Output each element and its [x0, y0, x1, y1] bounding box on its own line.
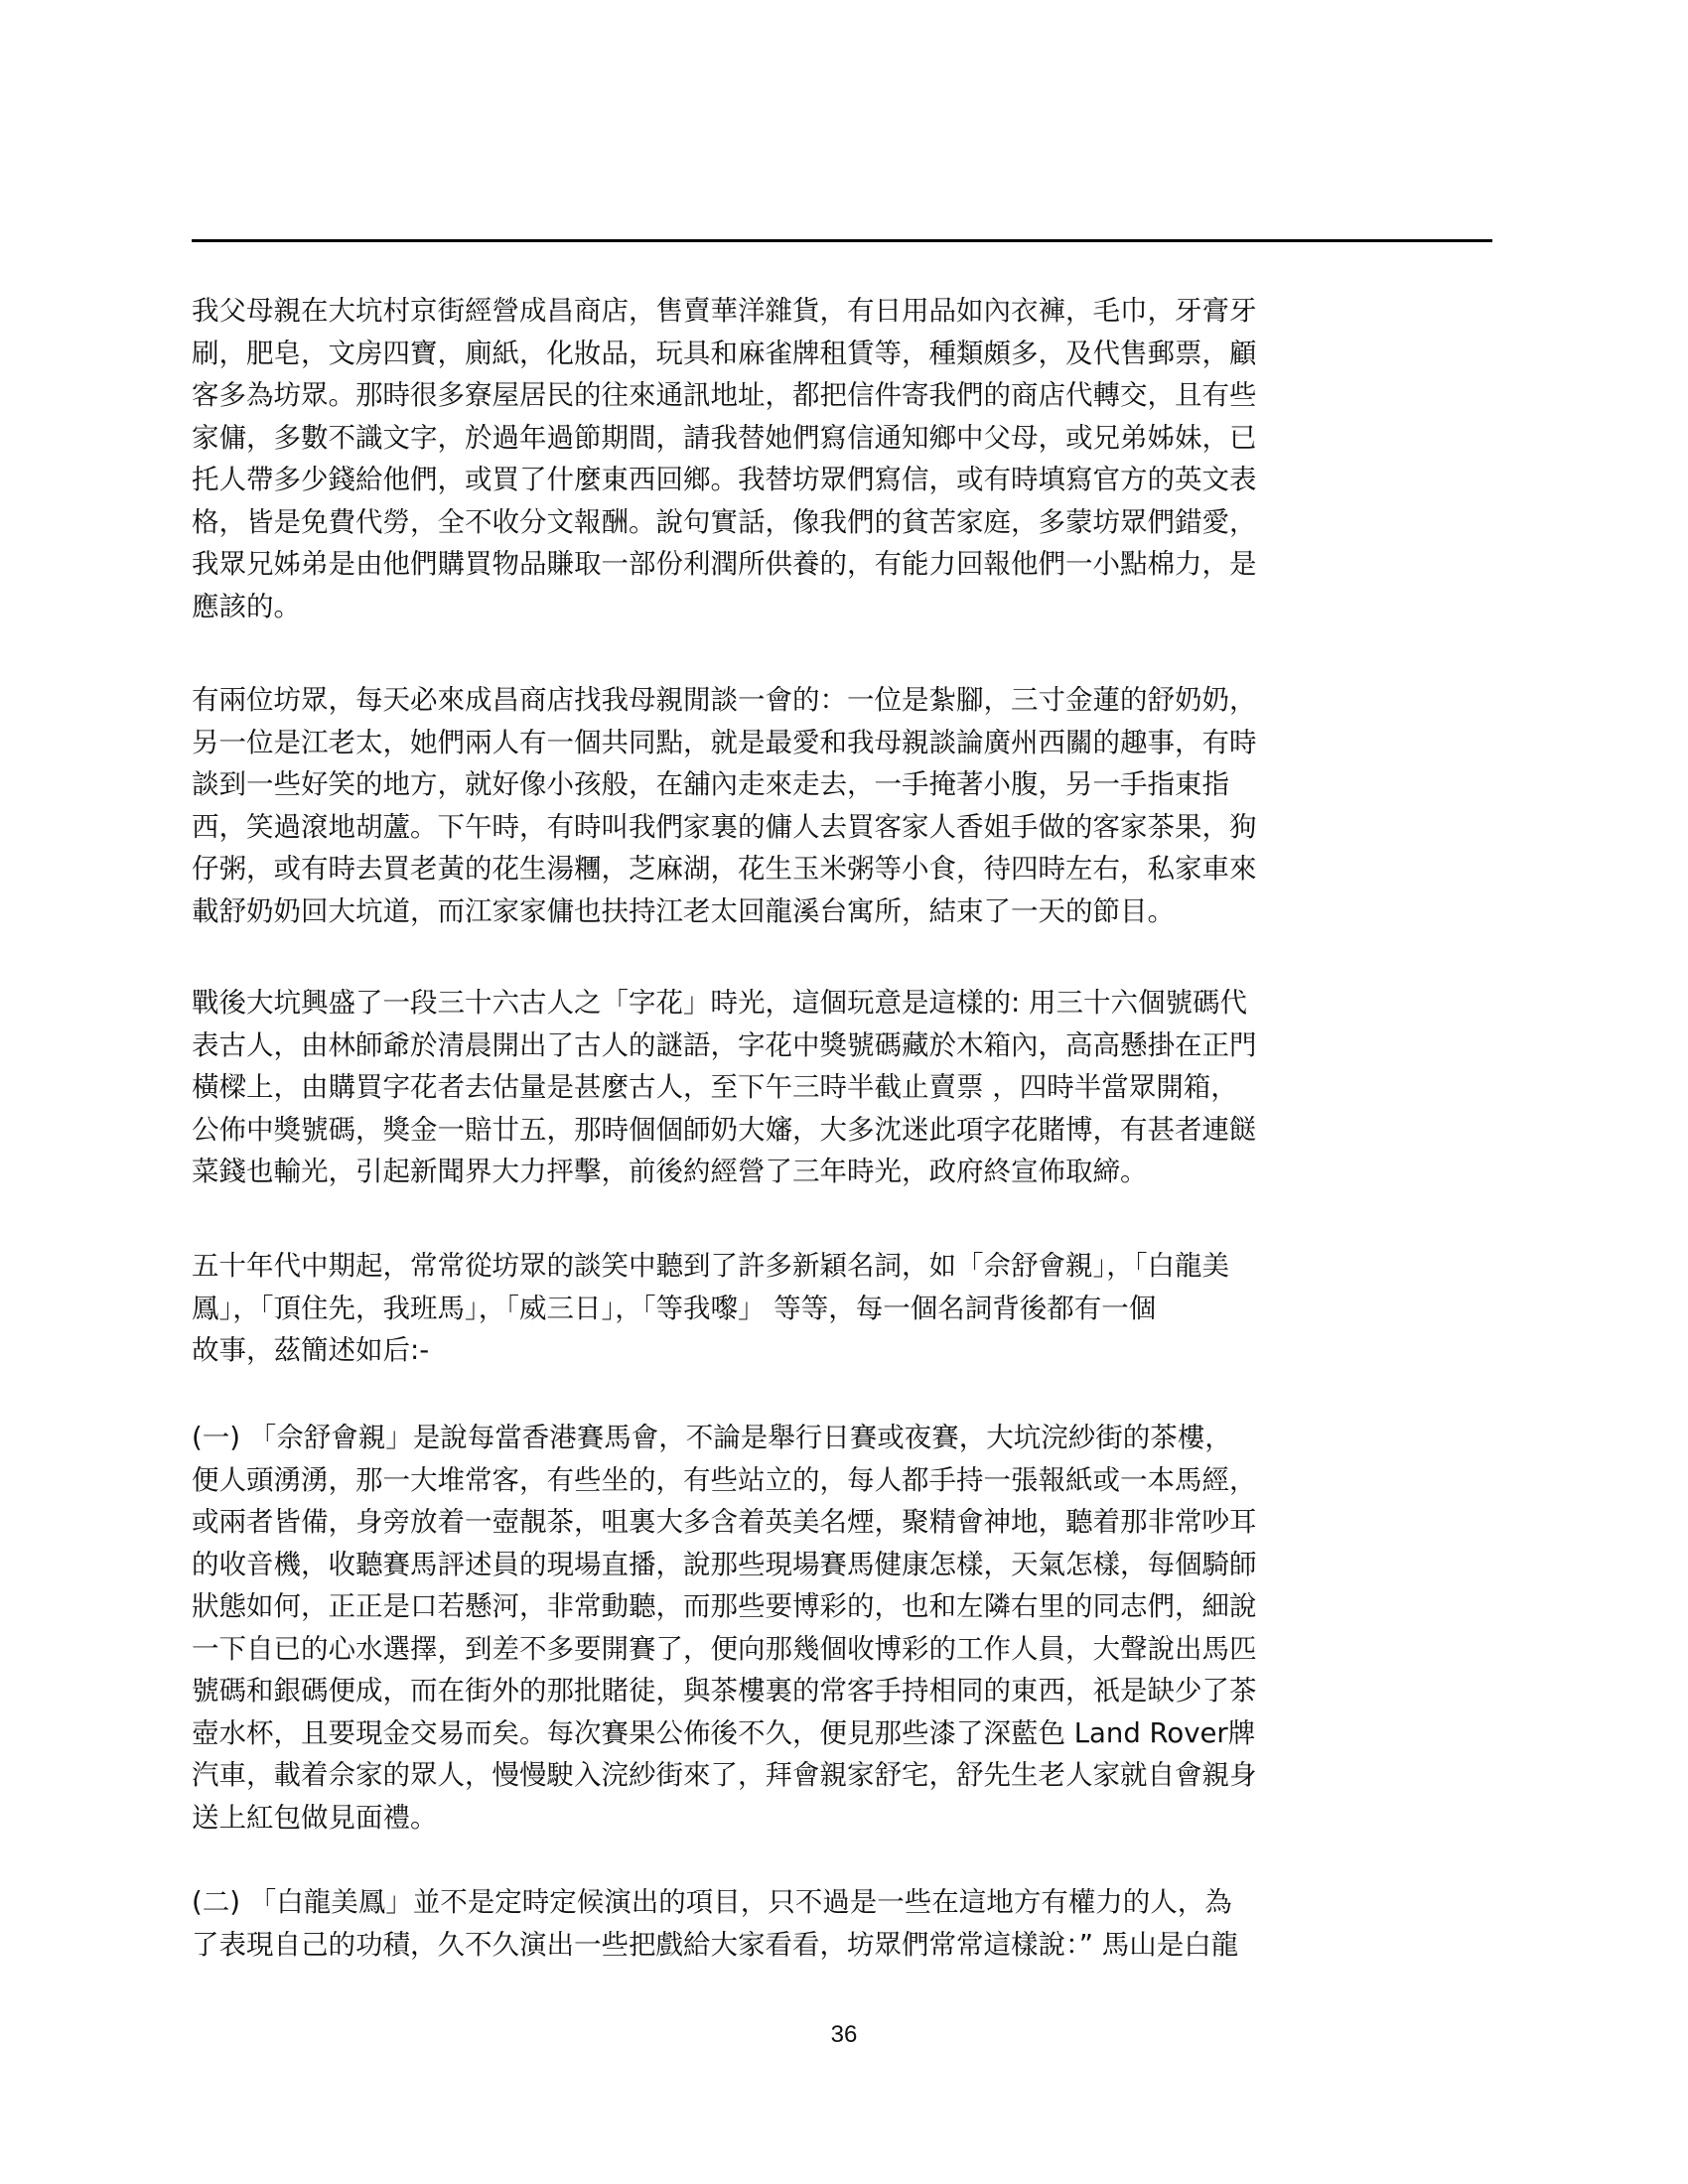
text-line: 有兩位坊眾，每天必來成昌商店找我母親閒談一會的：一位是紮腳，三寸金蓮的舒奶奶，	[192, 679, 1502, 722]
text-line: 壺水杯，且要現金交易而矣。每次賽果公佈後不久，便見那些漆了深藍色 Land Ro…	[192, 1712, 1502, 1755]
text-line: 了表現自己的功積，久不久演出一些把戲給大家看看，坊眾們常常這樣說：” 馬山是白龍	[192, 1924, 1502, 1967]
text-line: 我父母親在大坑村京街經營成昌商店，售賣華洋雜貨，有日用品如內衣褲，毛巾，牙膏牙	[192, 290, 1502, 333]
text-line: (二) 「白龍美鳳」並不是定時定候演出的項目，只不過是一些在這地方有權力的人，為	[192, 1881, 1502, 1924]
text-line: 菜錢也輸光，引起新聞界大力抨擊，前後約經營了三年時光，政府終宣佈取締。	[192, 1151, 1502, 1193]
text-line: 格，皆是免費代勞，全不收分文報酬。說句實話，像我們的貧苦家庭，多蒙坊眾們錯愛，	[192, 501, 1502, 544]
paragraph-5-item-1: (一) 「佘舒會親」是說每當香港賽馬會，不論是舉行日賽或夜賽，大坑浣紗街的茶樓，…	[192, 1417, 1502, 1839]
text-line: 號碼和銀碼便成，而在街外的那批賭徒，與茶樓裏的常客手持相同的東西，祇是缺少了茶	[192, 1670, 1502, 1712]
text-line: 戰後大坑興盛了一段三十六古人之「字花」時光，這個玩意是這樣的: 用三十六個號碼代	[192, 982, 1502, 1024]
text-line: 我眾兄姊弟是由他們購買物品賺取一部份利潤所供養的，有能力回報他們一小點棉力，是	[192, 543, 1502, 586]
text-line: 表古人，由林師爺於清晨開出了古人的謎語，字花中獎號碼藏於木箱內，高高懸掛在正門	[192, 1024, 1502, 1067]
text-line: 或兩者皆備，身旁放着一壺靚茶，咀裏大多含着英美名煙，聚精會神地，聽着那非常吵耳	[192, 1501, 1502, 1544]
text-line: 公佈中獎號碼，獎金一賠廿五，那時個個師奶大嬸，大多沈迷此項字花賭博，有甚者連餸	[192, 1109, 1502, 1152]
text-line: 橫樑上，由購買字花者去估量是甚麼古人，至下午三時半截止賣票 ，四時半當眾開箱，	[192, 1066, 1502, 1109]
text-line: 汽車，載着佘家的眾人，慢慢駛入浣紗街來了，拜會親家舒宅，舒先生老人家就自會親身	[192, 1754, 1502, 1797]
text-line: 刷，肥皂，文房四寶，廁紙，化妝品，玩具和麻雀牌租賃等，種類頗多，及代售郵票，顧	[192, 333, 1502, 375]
header-rule	[192, 239, 1492, 242]
text-line: 送上紅包做見面禮。	[192, 1797, 1502, 1840]
text-line: 托人帶多少錢給他們，或買了什麼東西回鄉。我替坊眾們寫信，或有時填寫官方的英文表	[192, 459, 1502, 501]
text-line: 家傭，多數不識文字，於過年過節期間，請我替她們寫信通知鄉中父母，或兄弟姊妹，已	[192, 417, 1502, 460]
text-line: 載舒奶奶回大坑道，而江家家傭也扶持江老太回龍溪台寓所，結束了一天的節目。	[192, 890, 1502, 933]
text-line: 便人頭湧湧，那一大堆常客，有些坐的，有些站立的，每人都手持一張報紙或一本馬經，	[192, 1459, 1502, 1502]
page-number: 36	[0, 2021, 1688, 2049]
text-line: 仔粥，或有時去買老黃的花生湯糰，芝麻湖，花生玉米粥等小食，待四時左右，私家車來	[192, 848, 1502, 890]
text-line: (一) 「佘舒會親」是說每當香港賽馬會，不論是舉行日賽或夜賽，大坑浣紗街的茶樓，	[192, 1417, 1502, 1459]
paragraph-2: 有兩位坊眾，每天必來成昌商店找我母親閒談一會的：一位是紮腳，三寸金蓮的舒奶奶， …	[192, 679, 1502, 932]
paragraph-3: 戰後大坑興盛了一段三十六古人之「字花」時光，這個玩意是這樣的: 用三十六個號碼代…	[192, 982, 1502, 1193]
text-line: 西，笑過滾地胡蘆。下午時，有時叫我們家裏的傭人去買客家人香姐手做的客家茶果，狗	[192, 806, 1502, 849]
text-line: 狀態如何，正正是口若懸河，非常動聽，而那些要博彩的，也和左隣右里的同志們，細說	[192, 1585, 1502, 1628]
text-line: 另一位是江老太，她們兩人有一個共同點，就是最愛和我母親談論廣州西關的趣事，有時	[192, 722, 1502, 764]
text-line: 談到一些好笑的地方，就好像小孩般，在舖內走來走去，一手掩著小腹，另一手指東指	[192, 763, 1502, 806]
paragraph-1: 我父母親在大坑村京街經營成昌商店，售賣華洋雜貨，有日用品如內衣褲，毛巾，牙膏牙 …	[192, 290, 1502, 627]
text-line: 客多為坊眾。那時很多寮屋居民的往來通訊地址，都把信件寄我們的商店代轉交，且有些	[192, 374, 1502, 417]
text-line: 的收音機，收聽賽馬評述員的現場直播，說那些現場賽馬健康怎樣，天氣怎樣，每個騎師	[192, 1544, 1502, 1586]
text-line: 五十年代中期起，常常從坊眾的談笑中聽到了許多新穎名詞，如「佘舒會親」，「白龍美	[192, 1245, 1502, 1288]
text-line: 一下自已的心水選擇，到差不多要開賽了，便向那幾個收博彩的工作人員，大聲說出馬匹	[192, 1628, 1502, 1671]
text-line: 應該的。	[192, 586, 1502, 628]
paragraph-4: 五十年代中期起，常常從坊眾的談笑中聽到了許多新穎名詞，如「佘舒會親」，「白龍美 …	[192, 1245, 1502, 1372]
text-line: 鳳」，「頂住先，我班馬」，「威三日」，「等我嚟」 等等，每一個名詞背後都有一個	[192, 1288, 1502, 1330]
paragraph-6-item-2: (二) 「白龍美鳳」並不是定時定候演出的項目，只不過是一些在這地方有權力的人，為…	[192, 1881, 1502, 1966]
text-line: 故事，茲簡述如后:-	[192, 1329, 1502, 1372]
